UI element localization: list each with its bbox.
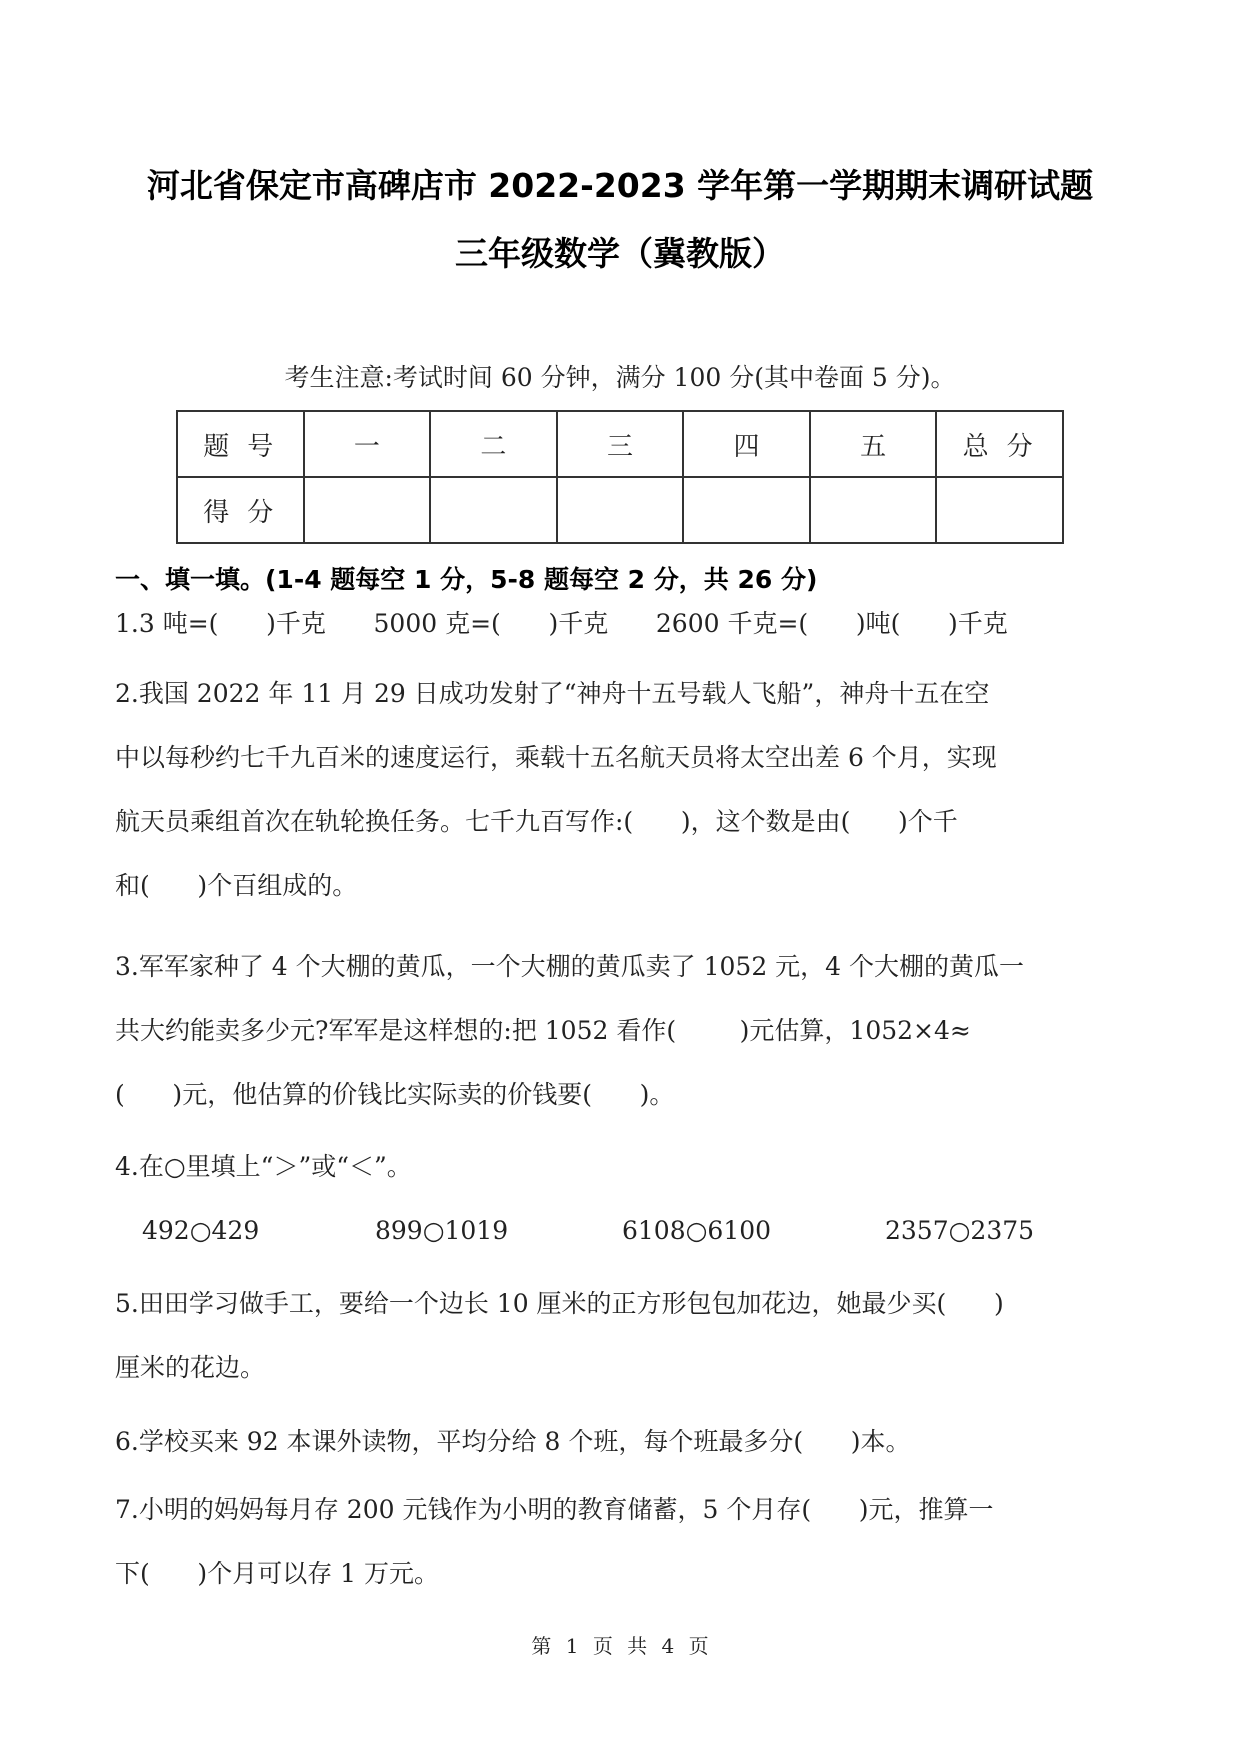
question-line: 5.田田学习做手工，要给一个边长 10 厘米的正方形包包加花边，她最少买( ) bbox=[115, 1272, 1130, 1336]
section-1-heading: 一、填一填。(1-4 题每空 1 分，5-8 题每空 2 分，共 26 分) bbox=[115, 560, 817, 596]
column-header-3: 三 bbox=[557, 411, 684, 477]
question-line: 和( )个百组成的。 bbox=[115, 854, 1130, 918]
question-line: 2.我国 2022 年 11 月 29 日成功发射了“神舟十五号载人飞船”，神舟… bbox=[115, 662, 1130, 726]
question-2: 2.我国 2022 年 11 月 29 日成功发射了“神舟十五号载人飞船”，神舟… bbox=[115, 662, 1130, 918]
score-cell-2 bbox=[430, 477, 557, 543]
comparison-item-4: 2357○2375 bbox=[885, 1216, 1034, 1245]
exam-notice: 考生注意:考试时间 60 分钟，满分 100 分(其中卷面 5 分)。 bbox=[0, 358, 1240, 394]
comparison-item-3: 6108○6100 bbox=[622, 1216, 771, 1245]
comparison-item-1: 492○429 bbox=[142, 1216, 259, 1245]
page-number: 第 1 页 共 4 页 bbox=[0, 1630, 1240, 1659]
exam-title: 河北省保定市高碑店市 2022-2023 学年第一学期期末调研试题 bbox=[0, 160, 1240, 207]
question-line: 1.3 吨=( )千克 5000 克=( )千克 2600 千克=( )吨( )… bbox=[115, 592, 1130, 656]
question-3: 3.军军家种了 4 个大棚的黄瓜，一个大棚的黄瓜卖了 1052 元，4 个大棚的… bbox=[115, 935, 1130, 1127]
question-line: 中以每秒约七千九百米的速度运行，乘载十五名航天员将太空出差 6 个月，实现 bbox=[115, 726, 1130, 790]
question-1: 1.3 吨=( )千克 5000 克=( )千克 2600 千克=( )吨( )… bbox=[115, 592, 1130, 656]
question-line: 6.学校买来 92 本课外读物，平均分给 8 个班，每个班最多分( )本。 bbox=[115, 1410, 1130, 1474]
question-line: 7.小明的妈妈每月存 200 元钱作为小明的教育储蓄，5 个月存( )元，推算一 bbox=[115, 1478, 1130, 1542]
column-header-total: 总分 bbox=[936, 411, 1063, 477]
question-6: 6.学校买来 92 本课外读物，平均分给 8 个班，每个班最多分( )本。 bbox=[115, 1410, 1130, 1474]
question-line: 下( )个月可以存 1 万元。 bbox=[115, 1542, 1130, 1606]
score-cell-3 bbox=[557, 477, 684, 543]
question-4: 4.在○里填上“＞”或“＜”。 bbox=[115, 1135, 1130, 1199]
score-cell-total bbox=[936, 477, 1063, 543]
column-header-5: 五 bbox=[810, 411, 937, 477]
row-header-score: 得分 bbox=[177, 477, 304, 543]
question-line: 航天员乘组首次在轨轮换任务。七千九百写作:( )，这个数是由( )个千 bbox=[115, 790, 1130, 854]
comparison-item-2: 899○1019 bbox=[375, 1216, 508, 1245]
score-cell-4 bbox=[683, 477, 810, 543]
comparison-row: 492○429 899○1019 6108○6100 2357○2375 bbox=[0, 1204, 1240, 1264]
score-cell-5 bbox=[810, 477, 937, 543]
question-line: 3.军军家种了 4 个大棚的黄瓜，一个大棚的黄瓜卖了 1052 元，4 个大棚的… bbox=[115, 935, 1130, 999]
score-row: 得分 bbox=[177, 477, 1063, 543]
question-5: 5.田田学习做手工，要给一个边长 10 厘米的正方形包包加花边，她最少买( ) … bbox=[115, 1272, 1130, 1400]
column-header-1: 一 bbox=[304, 411, 431, 477]
exam-subtitle: 三年级数学（冀教版） bbox=[0, 228, 1240, 275]
column-header-2: 二 bbox=[430, 411, 557, 477]
score-table: 题号 一 二 三 四 五 总分 得分 bbox=[176, 410, 1064, 544]
score-cell-1 bbox=[304, 477, 431, 543]
row-header-question-number: 题号 bbox=[177, 411, 304, 477]
question-number-row: 题号 一 二 三 四 五 总分 bbox=[177, 411, 1063, 477]
question-line: 厘米的花边。 bbox=[115, 1336, 1130, 1400]
question-line: 共大约能卖多少元?军军是这样想的:把 1052 看作( )元估算，1052×4≈ bbox=[115, 999, 1130, 1063]
question-line: ( )元，他估算的价钱比实际卖的价钱要( )。 bbox=[115, 1063, 1130, 1127]
column-header-4: 四 bbox=[683, 411, 810, 477]
question-7: 7.小明的妈妈每月存 200 元钱作为小明的教育储蓄，5 个月存( )元，推算一… bbox=[115, 1478, 1130, 1606]
question-line: 4.在○里填上“＞”或“＜”。 bbox=[115, 1135, 1130, 1199]
